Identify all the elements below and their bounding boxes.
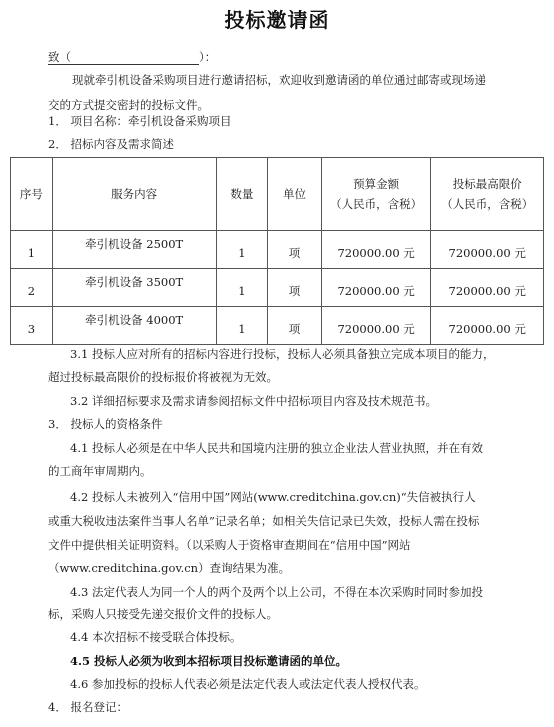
cell-max-price: 720000.00 元 [431,231,544,269]
header-max-price-title: 投标最高限价 [431,174,543,194]
cell-qty: 1 [216,307,268,345]
cell-content: 牵引机设备 4000T [52,307,216,345]
cell-no: 3 [11,307,53,345]
cell-qty: 1 [216,231,268,269]
addressee-prefix: 致（ [48,50,71,65]
cell-qty: 1 [216,269,268,307]
header-budget-title: 预算金额 [322,174,431,194]
para-3-1-line-1: 3.1 投标人应对所有的招标内容进行投标，投标人必须具备独立完成本项目的能力， [70,346,494,362]
cell-unit: 项 [268,307,322,345]
cell-no: 1 [11,231,53,269]
table-header-row: 序号 服务内容 数量 单位 预算金额 （人民币，含税） 投标最高限价 （人民币，… [11,158,544,231]
table-row: 1 牵引机设备 2500T 1 项 720000.00 元 720000.00 … [11,231,544,269]
cell-max-price: 720000.00 元 [431,269,544,307]
section-2-heading: 2． 招标内容及需求简述 [48,136,174,152]
cell-budget: 720000.00 元 [321,307,431,345]
cell-unit: 项 [268,269,322,307]
bid-items-table: 序号 服务内容 数量 单位 预算金额 （人民币，含税） 投标最高限价 （人民币，… [10,157,544,345]
header-qty: 数量 [216,158,268,231]
para-3-1-line-2: 超过投标最高限价的投标报价将被视为无效。 [48,369,278,385]
para-4-2-line-4: （www.creditchina.gov.cn）查询结果为准。 [48,560,290,576]
intro-line-2: 交的方式提交密封的投标文件。 [48,97,209,113]
para-4-3-line-2: 标，采购人只接受先递交报价文件的投标人。 [48,606,278,622]
para-4-2-line-2: 或重大税收违法案件当事人名单”记录名单；如相关失信记录已失效，投标人需在投标 [48,513,479,529]
para-4-4: 4.4 本次招标不接受联合体投标。 [70,629,241,645]
header-budget-sub: （人民币，含税） [322,194,431,214]
document-title: 投标邀请函 [0,4,554,33]
para-4-5: 4.5 投标人必须为收到本招标项目投标邀请函的单位。 [70,653,347,669]
header-no: 序号 [11,158,53,231]
section-1-project-name: 1． 项目名称：牵引机设备采购项目 [48,113,231,129]
table-row: 3 牵引机设备 4000T 1 项 720000.00 元 720000.00 … [11,307,544,345]
intro-line-1: 现就牵引机设备采购项目进行邀请招标，欢迎收到邀请函的单位通过邮寄或现场递 [72,72,486,88]
addressee-blank [71,52,199,65]
cell-content: 牵引机设备 3500T [52,269,216,307]
cell-budget: 720000.00 元 [321,231,431,269]
header-unit: 单位 [268,158,322,231]
header-max-price-sub: （人民币，含税） [431,194,543,214]
para-4-2-line-1: 4.2 投标人未被列入“信用中国”网站(www.creditchina.gov.… [70,489,476,505]
table-row: 2 牵引机设备 3500T 1 项 720000.00 元 720000.00 … [11,269,544,307]
para-4-1-line-1: 4.1 投标人必须是在中华人民共和国境内注册的独立企业法人营业执照，并在有效 [70,440,483,456]
addressee-line: 致（）： [48,49,216,65]
addressee-suffix: ）： [199,50,216,64]
cell-content: 牵引机设备 2500T [52,231,216,269]
cell-no: 2 [11,269,53,307]
para-4-3-line-1: 4.3 法定代表人为同一个人的两个及两个以上公司，不得在本次采购时同时参加投 [70,584,483,600]
para-4-2-line-3: 文件中提供相关证明资料。（以采购人于资格审查期间在“信用中国”网站 [48,537,411,553]
cell-unit: 项 [268,231,322,269]
cell-budget: 720000.00 元 [321,269,431,307]
para-4-1-line-2: 的工商年审周期内。 [48,463,152,479]
header-budget: 预算金额 （人民币，含税） [321,158,431,231]
para-3-2: 3.2 详细招标要求及需求请参阅招标文件中招标项目内容及技术规范书。 [70,393,437,409]
section-4-heading: 4． 报名登记： [48,699,128,715]
header-content: 服务内容 [52,158,216,231]
para-4-6: 4.6 参加投标的投标人代表必须是法定代表人或法定代表人授权代表。 [70,676,425,692]
header-max-price: 投标最高限价 （人民币，含税） [431,158,544,231]
section-3-heading: 3． 投标人的资格条件 [48,416,162,432]
cell-max-price: 720000.00 元 [431,307,544,345]
